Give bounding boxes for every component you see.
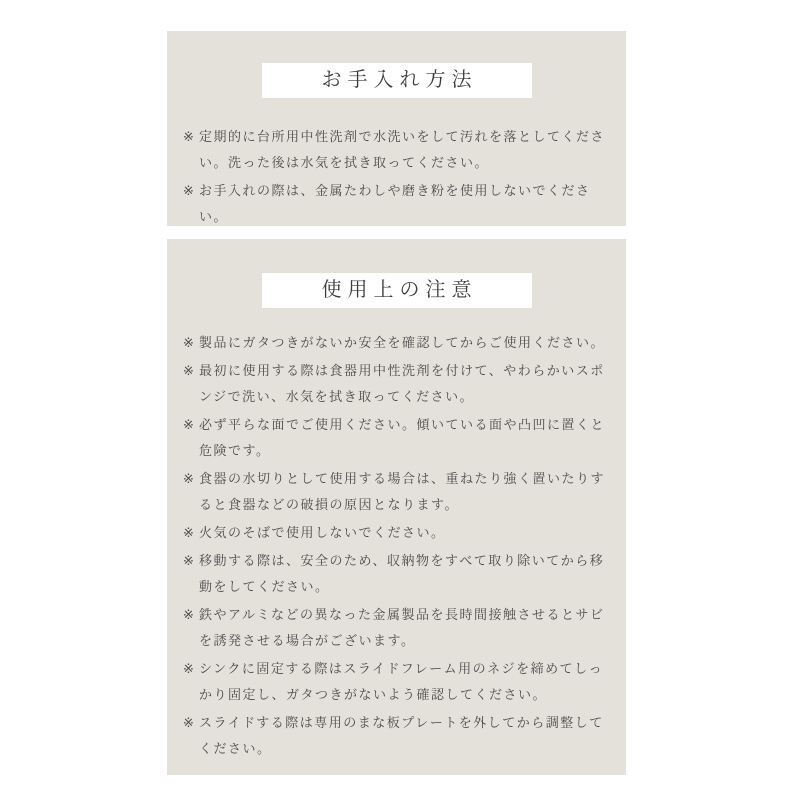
note-text: スライドする際は専用のまな板プレートを外してから調整してください。 bbox=[199, 710, 613, 762]
note-item: ※ 食器の水切りとして使用する場合は、重ねたり強く置いたりすると食器などの破損の… bbox=[183, 466, 613, 518]
care-info-content: お手入れ方法 ※ 定期的に台所用中性洗剤で水洗いをして汚れを落としてください。洗… bbox=[0, 31, 790, 775]
note-text: お手入れの際は、金属たわしや磨き粉を使用しないでください。 bbox=[199, 178, 613, 230]
note-marker: ※ bbox=[183, 520, 199, 546]
note-text: 製品にガタつきがないか安全を確認してからご使用ください。 bbox=[199, 330, 613, 356]
note-marker: ※ bbox=[183, 548, 199, 574]
note-item: ※ 最初に使用する際は食器用中性洗剤を付けて、やわらかいスポンジで洗い、水気を拭… bbox=[183, 358, 613, 410]
note-marker: ※ bbox=[183, 330, 199, 356]
product-care-page: { "page": { "background": "#ffffff", "pa… bbox=[0, 0, 790, 790]
usage-caution-notes: ※ 製品にガタつきがないか安全を確認してからご使用ください。 ※ 最初に使用する… bbox=[167, 330, 626, 762]
note-marker: ※ bbox=[183, 602, 199, 628]
note-marker: ※ bbox=[183, 466, 199, 492]
note-marker: ※ bbox=[183, 710, 199, 736]
note-item: ※ 必ず平らな面でご使用ください。傾いている面や凸凹に置くと危険です。 bbox=[183, 412, 613, 464]
care-method-panel: お手入れ方法 ※ 定期的に台所用中性洗剤で水洗いをして汚れを落としてください。洗… bbox=[167, 31, 626, 226]
note-item: ※ 鉄やアルミなどの異なった金属製品を長時間接触させるとサビを誘発させる場合がご… bbox=[183, 602, 613, 654]
usage-caution-panel: 使用上の注意 ※ 製品にガタつきがないか安全を確認してからご使用ください。 ※ … bbox=[167, 239, 626, 775]
note-text: 食器の水切りとして使用する場合は、重ねたり強く置いたりすると食器などの破損の原因… bbox=[199, 466, 613, 518]
note-item: ※ 製品にガタつきがないか安全を確認してからご使用ください。 bbox=[183, 330, 613, 356]
care-method-title: お手入れ方法 bbox=[262, 63, 532, 98]
note-text: 最初に使用する際は食器用中性洗剤を付けて、やわらかいスポンジで洗い、水気を拭き取… bbox=[199, 358, 613, 410]
note-text: 移動する際は、安全のため、収納物をすべて取り除いてから移動をしてください。 bbox=[199, 548, 613, 600]
note-text: 鉄やアルミなどの異なった金属製品を長時間接触させるとサビを誘発させる場合がござい… bbox=[199, 602, 613, 654]
note-item: ※ お手入れの際は、金属たわしや磨き粉を使用しないでください。 bbox=[183, 178, 613, 230]
note-text: 火気のそばで使用しないでください。 bbox=[199, 520, 613, 546]
note-text: シンクに固定する際はスライドフレーム用のネジを締めてしっかり固定し、ガタつきがな… bbox=[199, 656, 613, 708]
note-marker: ※ bbox=[183, 412, 199, 438]
note-item: ※ 火気のそばで使用しないでください。 bbox=[183, 520, 613, 546]
note-marker: ※ bbox=[183, 358, 199, 384]
note-marker: ※ bbox=[183, 178, 199, 204]
note-item: ※ スライドする際は専用のまな板プレートを外してから調整してください。 bbox=[183, 710, 613, 762]
note-text: 必ず平らな面でご使用ください。傾いている面や凸凹に置くと危険です。 bbox=[199, 412, 613, 464]
note-text: 定期的に台所用中性洗剤で水洗いをして汚れを落としてください。洗った後は水気を拭き… bbox=[199, 124, 613, 176]
care-method-notes: ※ 定期的に台所用中性洗剤で水洗いをして汚れを落としてください。洗った後は水気を… bbox=[167, 124, 626, 230]
note-marker: ※ bbox=[183, 656, 199, 682]
usage-caution-title: 使用上の注意 bbox=[262, 273, 532, 308]
note-item: ※ 定期的に台所用中性洗剤で水洗いをして汚れを落としてください。洗った後は水気を… bbox=[183, 124, 613, 176]
note-item: ※ 移動する際は、安全のため、収納物をすべて取り除いてから移動をしてください。 bbox=[183, 548, 613, 600]
note-marker: ※ bbox=[183, 124, 199, 150]
note-item: ※ シンクに固定する際はスライドフレーム用のネジを締めてしっかり固定し、ガタつき… bbox=[183, 656, 613, 708]
